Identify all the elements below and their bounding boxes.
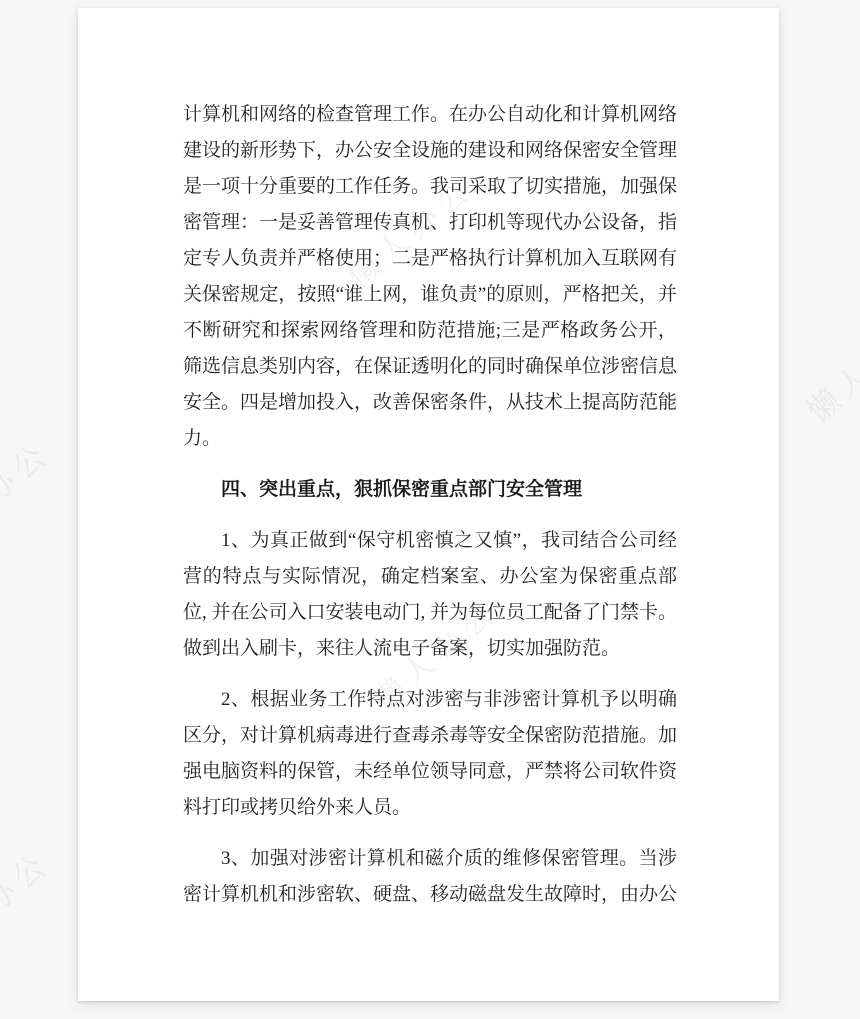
- section-heading: 四、突出重点，狠抓保密重点部门安全管理: [183, 472, 677, 508]
- watermark-text: 懒人办公: [0, 838, 59, 970]
- numbered-paragraph-2: 2、根据业务工作特点对涉密与非涉密计算机予以明确区分，对计算机病毒进行查毒杀毒等…: [183, 682, 677, 826]
- document-sheet: 计算机和网络的检查管理工作。在办公自动化和计算机网络建设的新形势下，办公安全设施…: [78, 8, 779, 1001]
- numbered-paragraph-1: 1、为真正做到“保守机密慎之又慎”，我司结合公司经营的特点与实际情况，确定档案室…: [183, 523, 677, 667]
- watermark-text: 懒人办公: [0, 428, 59, 560]
- watermark-text: 懒人办公: [795, 298, 860, 430]
- document-preview-canvas: 计算机和网络的检查管理工作。在办公自动化和计算机网络建设的新形势下，办公安全设施…: [0, 0, 860, 1019]
- document-text-content: 计算机和网络的检查管理工作。在办公自动化和计算机网络建设的新形势下，办公安全设施…: [183, 8, 677, 913]
- numbered-paragraph-3: 3、加强对涉密计算机和磁介质的维修保密管理。当涉密计算机机和涉密软、硬盘、移动磁…: [183, 841, 677, 913]
- body-paragraph-continuation: 计算机和网络的检查管理工作。在办公自动化和计算机网络建设的新形势下，办公安全设施…: [183, 97, 677, 457]
